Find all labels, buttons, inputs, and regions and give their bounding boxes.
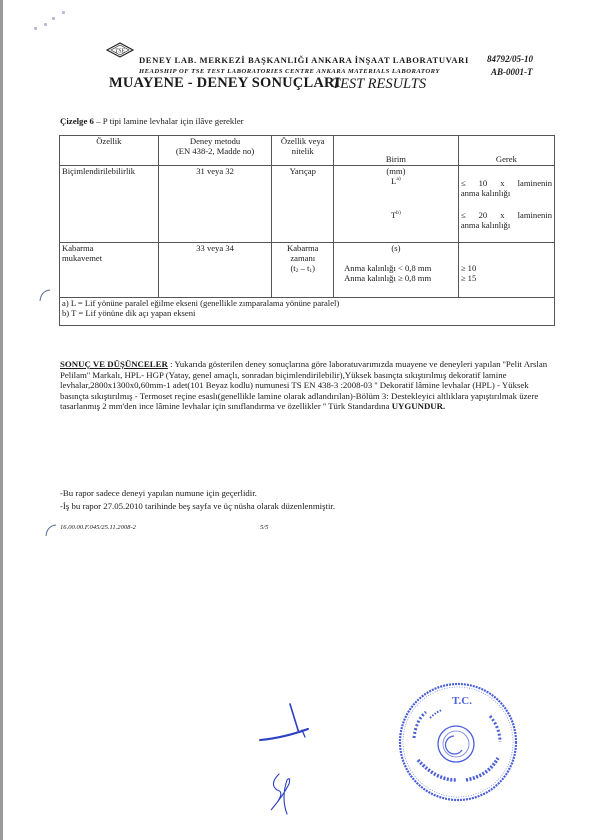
signature-icon [265, 770, 305, 820]
institution-name-tr: DENEY LAB. MERKEZİ BAŞKANLIĞI ANKARA İNŞ… [139, 55, 469, 65]
conclusion-paragraph: SONUÇ VE DÜŞÜNCELER : Yukarıda gösterile… [60, 359, 558, 412]
header-test-method-line2: (EN 438-2, Madde no) [161, 146, 270, 156]
header-requirement: Gerek [458, 136, 554, 166]
cell-unit: (mm) La) Tb) [334, 166, 459, 243]
cell-property: Kabarmamukavemet [60, 243, 159, 298]
cell-requirement: ≥ 10 ≥ 15 [458, 243, 554, 298]
svg-text:TSE: TSE [115, 49, 125, 55]
req-line1: ≥ 10 [461, 263, 552, 273]
unit-t: Tb) [336, 210, 456, 220]
unit-t-footnote-ref: b) [396, 210, 401, 216]
req-t-line1: ≤ 20 x laminenin [461, 210, 552, 220]
cell-unit: (s) Anma kalınlığı < 0,8 mm Anma kalınlı… [334, 243, 459, 298]
unit-thickness-lt: Anma kalınlığı < 0,8 mm [336, 263, 456, 273]
table-row: Kabarmamukavemet 33 veya 34 Kabarma zama… [60, 243, 555, 298]
req-l-line1: ≤ 10 x laminenin [461, 178, 552, 188]
cell-method: 31 veya 32 [158, 166, 272, 243]
cell-property: Biçimlendirilebilirlik [60, 166, 159, 243]
issue-date-note: -İş bu rapor 27.05.2010 tarihinde beş sa… [60, 501, 335, 511]
formula-mid: – t [298, 263, 309, 273]
table-caption: Çizelge 6 – P tipi lamine levhalar için … [60, 116, 244, 126]
unit-mm: (mm) [336, 166, 456, 176]
tse-logo-icon: TSE [106, 42, 134, 58]
unit-thickness-ge: Anma kalınlığı ≥ 0,8 mm [336, 273, 456, 283]
accreditation-number: AB-0001-T [491, 67, 533, 77]
punch-hole-mark-icon [38, 288, 52, 302]
table-row: Biçimlendirilebilirlik 31 veya 32 Yarıça… [60, 166, 555, 243]
cell-attribute: Kabarma zamanı (t2 – t1) [272, 243, 334, 298]
formula-close: ) [312, 263, 315, 273]
cell-attribute-line2: zamanı [274, 253, 331, 263]
cell-property-line2: mukavemet [62, 253, 156, 263]
conclusion-verdict: UYGUNDUR. [392, 401, 446, 411]
form-code: 16.00.00.F.045/25.11.2008-2 [60, 524, 136, 531]
note-a: a) L = Lif yönüne paralel eğilme ekseni … [62, 298, 552, 308]
report-number: 84792/05-10 [487, 54, 533, 64]
table-header-row: Özellik Deney metodu(EN 438-2, Madde no)… [60, 136, 555, 166]
req-l-line2: anma kalınlığı [461, 188, 552, 198]
table-caption-text: – P tipi lamine levhalar için ilâve gere… [94, 116, 244, 126]
page-number: 5/5 [260, 524, 268, 531]
conclusion-heading: SONUÇ VE DÜŞÜNCELER [60, 359, 168, 369]
scan-page-edge [0, 0, 3, 840]
header-test-method: Deney metodu(EN 438-2, Madde no) [158, 136, 272, 166]
header-attribute-line1: Özellik veya [274, 136, 331, 146]
table-notes: a) L = Lif yönüne paralel eğilme ekseni … [60, 298, 555, 326]
cell-attribute-line1: Kabarma [274, 243, 331, 253]
requirements-table: Özellik Deney metodu(EN 438-2, Madde no)… [59, 135, 555, 326]
signature-initial-icon [258, 700, 328, 750]
cell-property-line1: Kabarma [62, 243, 156, 253]
table-notes-row: a) L = Lif yönüne paralel eğilme ekseni … [60, 298, 555, 326]
validity-note: -Bu rapor sadece deneyi yapılan numune i… [60, 488, 257, 498]
document-title-en: TEST RESULTS [332, 76, 426, 93]
unit-l: La) [336, 176, 456, 186]
req-t-line2: anma kalınlığı [461, 220, 552, 230]
cell-attribute: Yarıçap [272, 166, 334, 243]
header-attribute: Özellik veyanitelik [272, 136, 334, 166]
cell-attribute-formula: (t2 – t1) [274, 263, 331, 273]
cell-requirement: ≤ 10 x laminenin anma kalınlığı ≤ 20 x l… [458, 166, 554, 243]
unit-l-footnote-ref: a) [396, 176, 400, 182]
svg-text:T.C.: T.C. [452, 695, 472, 707]
document-title-tr: MUAYENE - DENEY SONUÇLARI [109, 75, 341, 92]
header-property: Özellik [60, 136, 159, 166]
note-b: b) T = Lif yönüne dik açı yapan ekseni [62, 308, 552, 318]
punch-hole-mark-icon [44, 523, 58, 537]
table-caption-label: Çizelge 6 [60, 116, 94, 126]
cell-method: 33 veya 34 [158, 243, 272, 298]
req-line2: ≥ 15 [461, 273, 552, 283]
unit-seconds: (s) [336, 243, 456, 253]
official-seal-stamp-icon: T.C. [396, 680, 520, 804]
header-attribute-line2: nitelik [274, 146, 331, 156]
institution-name-en: HEADSHIP OF TSE TEST LABORATORIES CENTRE… [139, 68, 440, 75]
header-test-method-line1: Deney metodu [161, 136, 270, 146]
header-unit: Birim [334, 136, 459, 166]
